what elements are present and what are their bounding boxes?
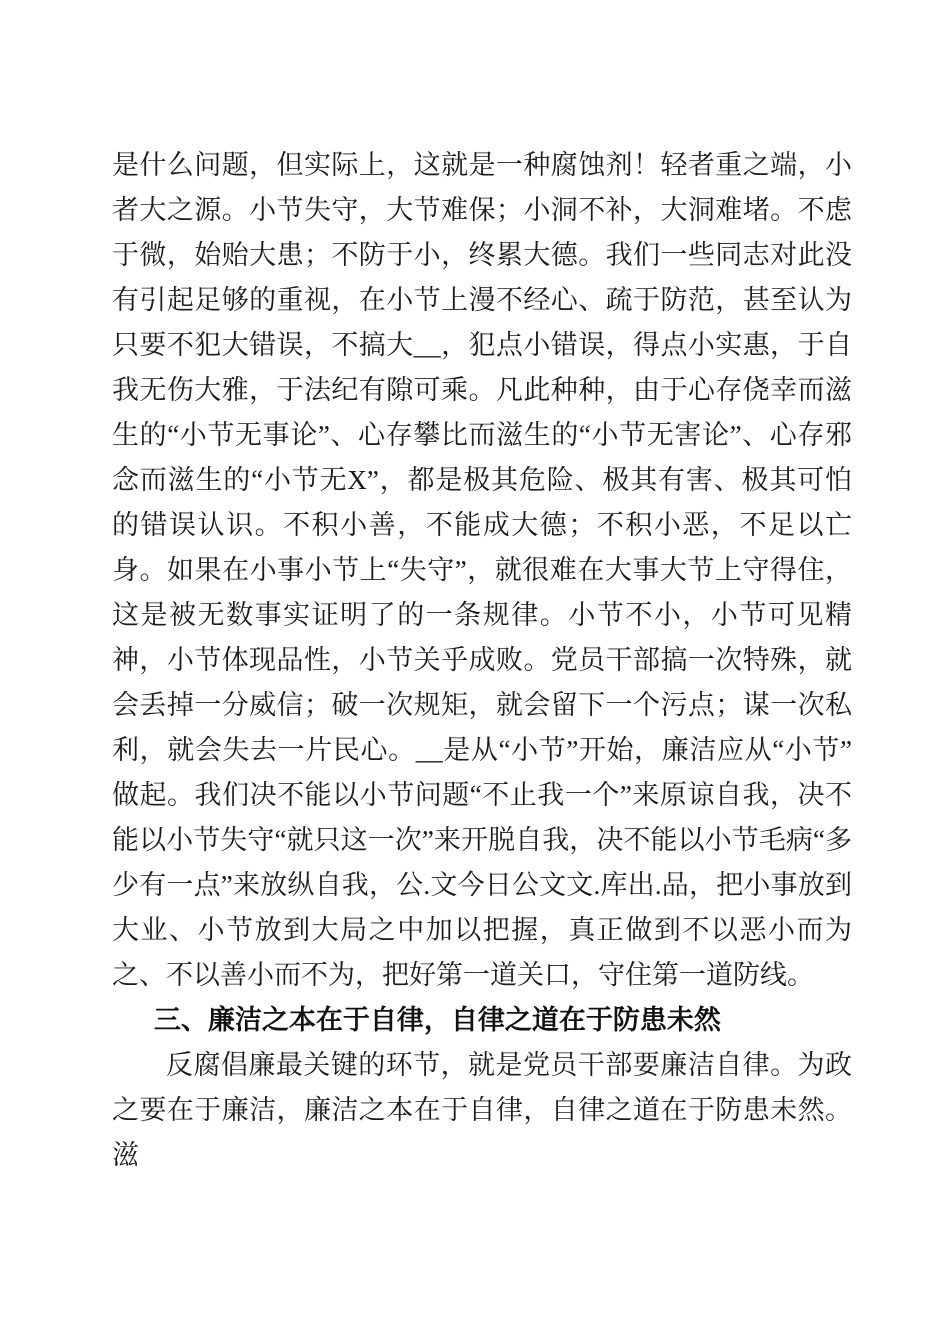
paragraph-small-matters-continuation: 是什么问题，但实际上，这就是一种腐蚀剂！轻者重之端，小者大之源。小节失守，大节难… xyxy=(112,143,852,998)
document-page: 是什么问题，但实际上，这就是一种腐蚀剂！轻者重之端，小者大之源。小节失守，大节难… xyxy=(0,0,950,1344)
paragraph-anti-corruption-self-discipline: 反腐倡廉最关键的环节，就是党员干部要廉洁自律。为政之要在于廉洁，廉洁之本在于自律… xyxy=(112,1043,852,1178)
section-heading-three-self-discipline: 三、廉洁之本在于自律，自律之道在于防患未然 xyxy=(112,998,852,1043)
